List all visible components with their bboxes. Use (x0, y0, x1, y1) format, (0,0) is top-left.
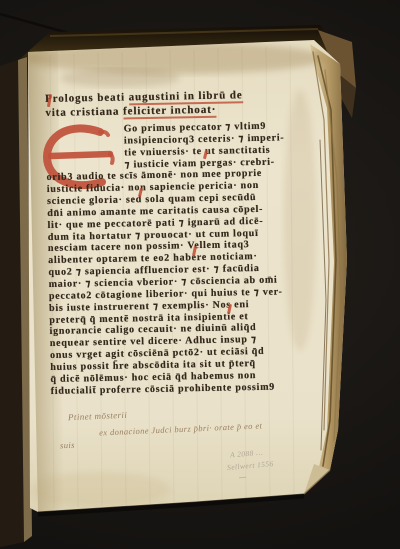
heading-text: Prologus beati (45, 91, 129, 105)
ownership-inscription-line: suis (60, 440, 75, 451)
stain (60, 69, 180, 87)
body-text: Go primus peccator ⁊ vltim9 insipiencior… (46, 120, 317, 397)
board-edge-line (0, 14, 72, 34)
rubricated-text: feliciter inchoat· (123, 103, 217, 119)
manuscript-text-block: Prologus beati augustini in librū de vit… (45, 88, 317, 397)
bottom-toning (30, 472, 170, 508)
photo-scene: Prologus beati augustini in librū de vit… (0, 0, 400, 549)
heading-text: vita cristiana (45, 105, 123, 118)
rubricated-text: augustini in librū de (129, 89, 243, 105)
